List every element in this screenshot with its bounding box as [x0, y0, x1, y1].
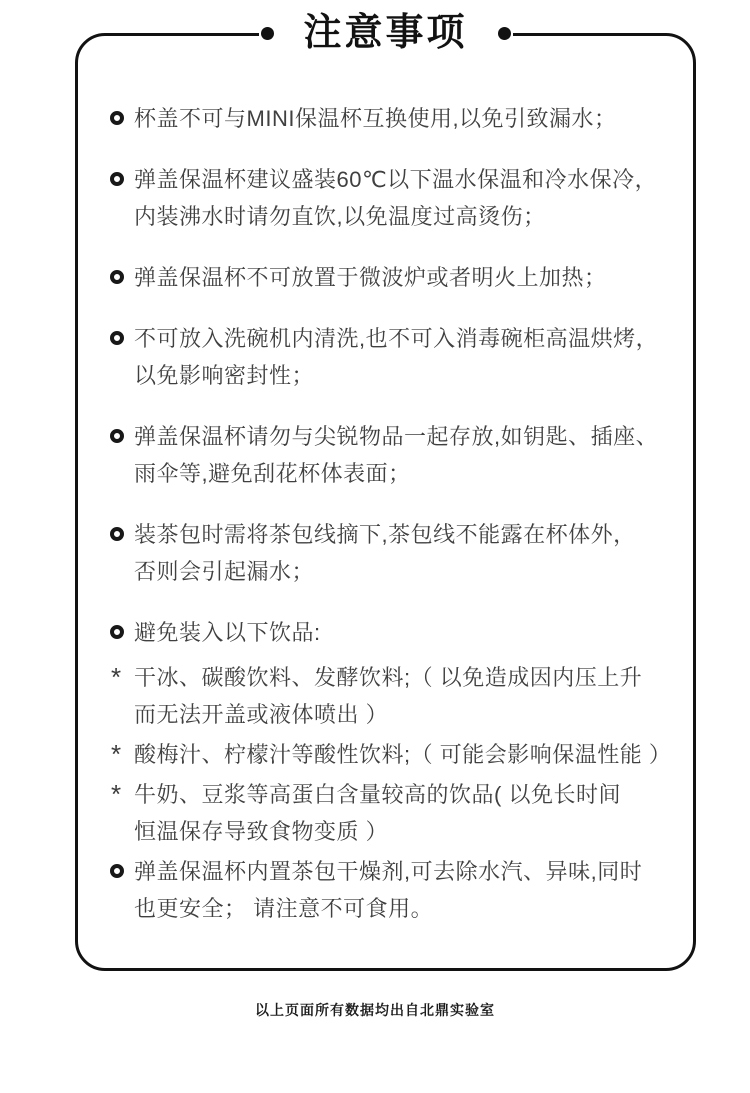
footer-note: 以上页面所有数据均出自北鼎实验室: [0, 1000, 750, 1020]
asterisk-icon: *: [111, 659, 134, 696]
ring-bullet-icon: [110, 270, 124, 284]
bullet-marker: [110, 161, 134, 186]
note-text: 弹盖保温杯建议盛装60℃以下温水保温和冷水保冷， 内装沸水时请勿直饮,以免温度过…: [134, 161, 657, 235]
note-text: 酸梅汁、柠檬汁等酸性饮料;（ 可能会影响保温性能 ）: [134, 736, 665, 773]
title-right-dot-icon: [498, 27, 511, 40]
bullet-marker: [110, 320, 134, 345]
bullet-marker: [110, 418, 134, 443]
note-item: 杯盖不可与MINI保温杯互换使用,以免引致漏水；: [110, 100, 665, 137]
note-text: 避免装入以下饮品:: [134, 614, 321, 651]
note-item: 弹盖保温杯建议盛装60℃以下温水保温和冷水保冷， 内装沸水时请勿直饮,以免温度过…: [110, 161, 665, 235]
note-text: 装茶包时需将茶包线摘下,茶包线不能露在杯体外， 否则会引起漏水；: [134, 516, 636, 590]
title-bar: 注意事项: [258, 5, 512, 61]
note-text: 不可放入洗碗机内清洗,也不可入消毒碗柜高温烘烤， 以免影响密封性；: [134, 320, 658, 394]
note-item: 弹盖保温杯请勿与尖锐物品一起存放,如钥匙、插座、 雨伞等,避免刮花杯体表面；: [110, 418, 665, 492]
ring-bullet-icon: [110, 172, 124, 186]
note-item: 弹盖保温杯不可放置于微波炉或者明火上加热；: [110, 259, 665, 296]
ring-bullet-icon: [110, 331, 124, 345]
bullet-marker: *: [110, 776, 134, 813]
bullet-marker: [110, 259, 134, 284]
note-text: 弹盖保温杯内置茶包干燥剂,可去除水汽、异味,同时 也更安全； 请注意不可食用。: [134, 853, 642, 927]
ring-bullet-icon: [110, 625, 124, 639]
note-item: * 酸梅汁、柠檬汁等酸性饮料;（ 可能会影响保温性能 ）: [110, 736, 665, 773]
note-text: 干冰、碳酸饮料、发酵饮料;（ 以免造成因内压上升 而无法开盖或液体喷出 ）: [134, 659, 642, 733]
bullet-marker: *: [110, 736, 134, 773]
asterisk-icon: *: [111, 736, 134, 773]
ring-bullet-icon: [110, 429, 124, 443]
bullet-marker: [110, 853, 134, 878]
page-title: 注意事项: [303, 5, 467, 61]
ring-bullet-icon: [110, 864, 124, 878]
bullet-marker: [110, 614, 134, 639]
note-item: * 干冰、碳酸饮料、发酵饮料;（ 以免造成因内压上升 而无法开盖或液体喷出 ）: [110, 659, 665, 733]
title-left-dot-icon: [260, 27, 273, 40]
page: 注意事项 杯盖不可与MINI保温杯互换使用,以免引致漏水； 弹盖保温杯建议盛装6…: [0, 0, 750, 1093]
notes-box: 注意事项 杯盖不可与MINI保温杯互换使用,以免引致漏水； 弹盖保温杯建议盛装6…: [75, 33, 696, 971]
note-item: 装茶包时需将茶包线摘下,茶包线不能露在杯体外， 否则会引起漏水；: [110, 516, 665, 590]
note-text: 弹盖保温杯不可放置于微波炉或者明火上加热；: [134, 259, 607, 296]
notes-list: 杯盖不可与MINI保温杯互换使用,以免引致漏水； 弹盖保温杯建议盛装60℃以下温…: [78, 36, 693, 927]
note-text: 牛奶、豆浆等高蛋白含量较高的饮品( 以免长时间 恒温保存导致食物变质 ）: [134, 776, 621, 850]
note-text: 弹盖保温杯请勿与尖锐物品一起存放,如钥匙、插座、 雨伞等,避免刮花杯体表面；: [134, 418, 658, 492]
note-item: 不可放入洗碗机内清洗,也不可入消毒碗柜高温烘烤， 以免影响密封性；: [110, 320, 665, 394]
asterisk-icon: *: [111, 776, 134, 813]
note-item: * 牛奶、豆浆等高蛋白含量较高的饮品( 以免长时间 恒温保存导致食物变质 ）: [110, 776, 665, 850]
bullet-marker: *: [110, 659, 134, 696]
note-text: 杯盖不可与MINI保温杯互换使用,以免引致漏水；: [134, 100, 617, 137]
note-item: 避免装入以下饮品:: [110, 614, 665, 651]
ring-bullet-icon: [110, 111, 124, 125]
bullet-marker: [110, 100, 134, 125]
bullet-marker: [110, 516, 134, 541]
note-item: 弹盖保温杯内置茶包干燥剂,可去除水汽、异味,同时 也更安全； 请注意不可食用。: [110, 853, 665, 927]
ring-bullet-icon: [110, 527, 124, 541]
